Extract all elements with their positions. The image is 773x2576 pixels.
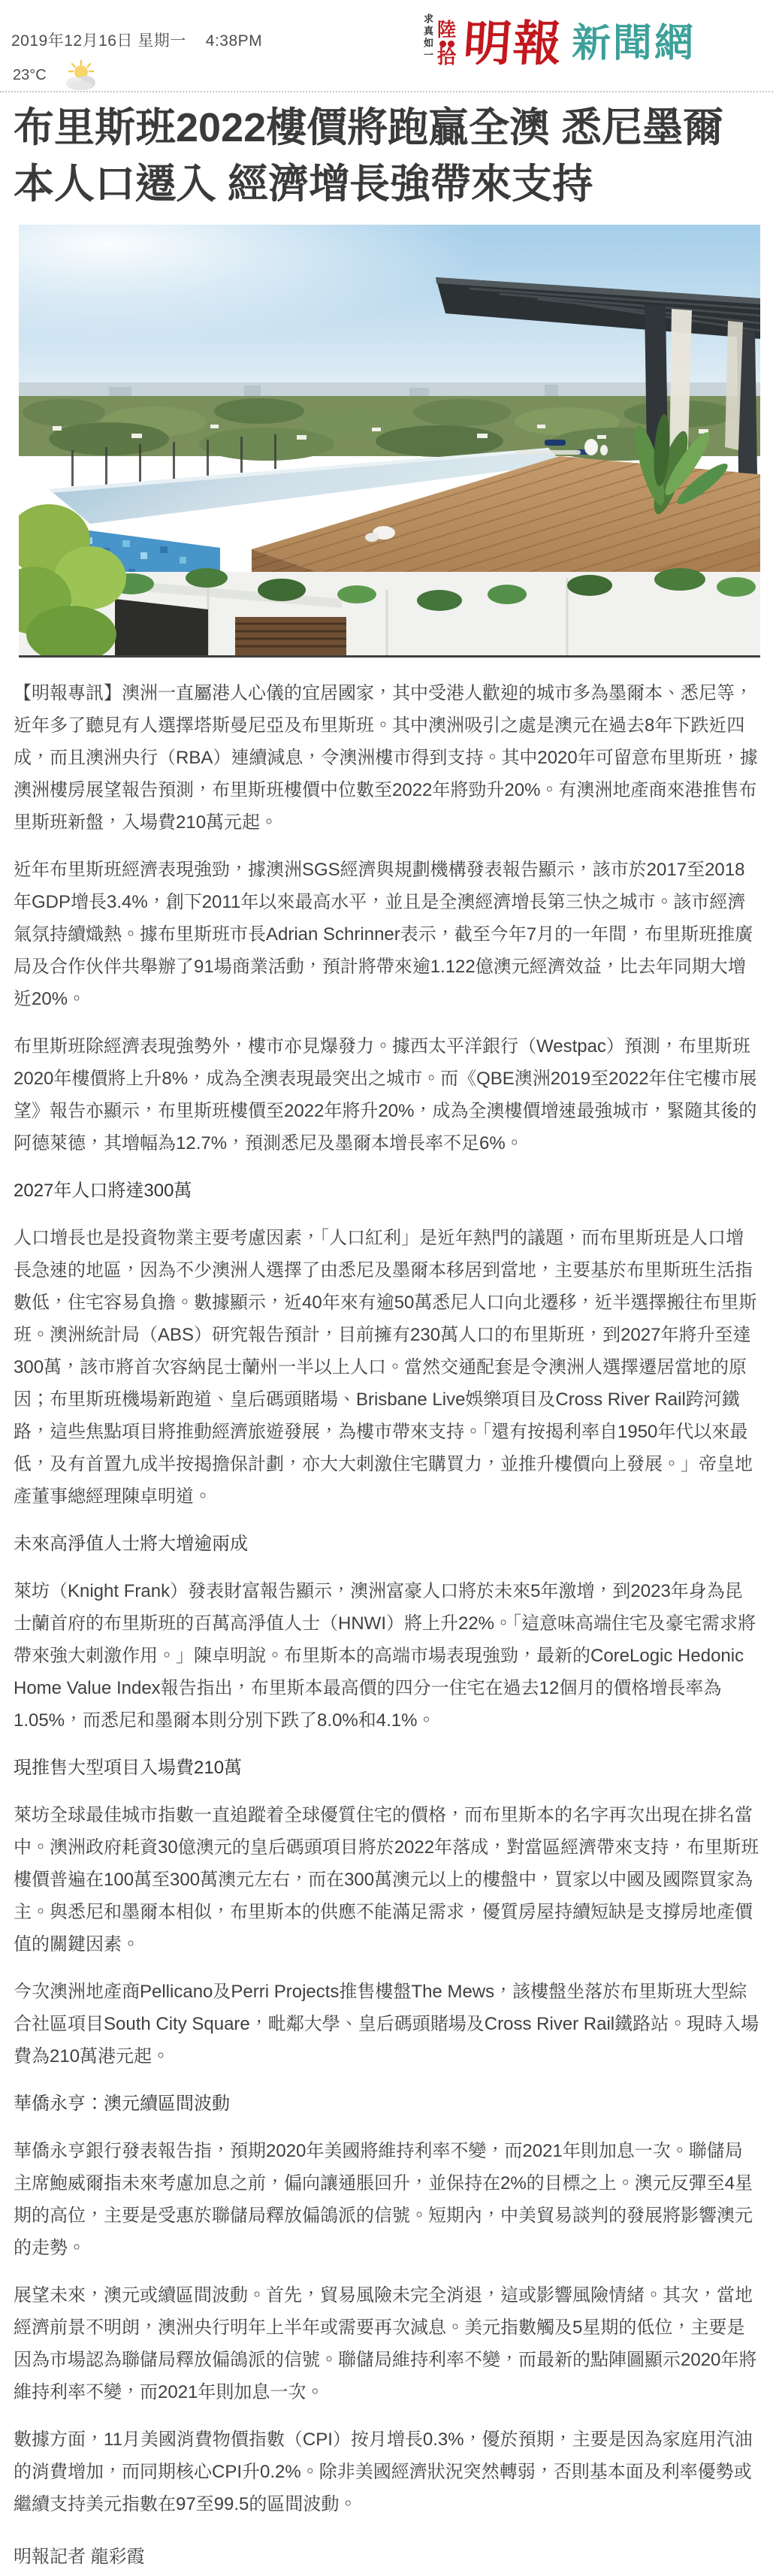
article-paragraph: 【明報專訊】澳洲一直屬港人心儀的宜居國家，其中受港人歡迎的城市多為墨爾本、悉尼等… [14, 677, 759, 839]
anniversary-char-bottom: 拾 [437, 48, 456, 67]
anniversary-60-emblem: 陸 拾 [437, 21, 456, 67]
article-body: 【明報專訊】澳洲一直屬港人心儀的宜居國家，其中受港人歡迎的城市多為墨爾本、悉尼等… [14, 677, 759, 2520]
article-paragraph: 人口增長也是投資物業主要考慮因素，「人口紅利」是近年熱門的議題，而布里斯班是人口… [14, 1222, 759, 1513]
sun-behind-cloud-icon [59, 60, 99, 90]
weather-widget: 23°C [13, 60, 99, 90]
mingpao-news-logo[interactable]: 求真如一 陸 拾 明報 新聞網 [422, 14, 696, 74]
article-paragraph: 萊坊（Knight Frank）發表財富報告顯示，澳洲富豪人口將於未來5年激增，… [14, 1575, 759, 1737]
article-paragraph: 近年布里斯班經濟表現強勁，據澳洲SGS經濟與規劃機構發表報告顯示，該市於2017… [14, 854, 759, 1015]
logo-motto-text: 求真如一 [422, 14, 433, 74]
date-time: 2019年12月16日 星期一4:38PM [11, 29, 262, 51]
hero-image [19, 225, 760, 658]
section-subhead: 未來高淨值人士將大增逾兩成 [14, 1528, 759, 1560]
article-paragraph: 今次澳洲地產商Pellicano及Perri Projects推售樓盤The M… [14, 1976, 759, 2073]
section-subhead: 現推售大型項目入場費210萬 [14, 1752, 759, 1784]
article-paragraph: 展望未來，澳元或續區間波動。首先，貿易風險未完全消退，這或影響風險情緒。其次，當… [14, 2279, 759, 2408]
site-header: 2019年12月16日 星期一4:38PM 23°C 求真如一 陸 [0, 0, 773, 92]
brand-mingpao-text: 明報 [462, 20, 564, 68]
article-title: 布里斯班2022樓價將跑贏全澳 悉尼墨爾本人口遷入 經濟增長強帶來支持 [14, 100, 759, 213]
section-subhead: 華僑永亨：澳元續區間波動 [14, 2088, 759, 2120]
section-subhead: 2027年人口將達300萬 [14, 1175, 759, 1207]
article-paragraph: 華僑永亨銀行發表報告指，預期2020年美國將維持利率不變，而2021年則加息一次… [14, 2135, 759, 2264]
article-paragraph: 布里斯班除經濟表現強勢外，樓市亦見爆發力。據西太平洋銀行（Westpac）預測，… [14, 1030, 759, 1160]
time-text: 4:38PM [206, 32, 262, 50]
article-paragraph: 萊坊全球最佳城市指數一直追蹤着全球優質住宅的價格，而布里斯本的名字再次出現在排名… [14, 1799, 759, 1961]
news-article: 布里斯班2022樓價將跑贏全澳 悉尼墨爾本人口遷入 經濟增長強帶來支持 [0, 100, 773, 2576]
temperature-label: 23°C [13, 67, 47, 84]
article-paragraph: 數據方面，11月美國消費物價指數（CPI）按月增長0.3%，優於預期，主要是因為… [14, 2423, 759, 2520]
date-text: 2019年12月16日 星期一 [11, 32, 186, 50]
brand-newssite-text: 新聞網 [572, 24, 696, 63]
article-byline: 明報記者 龍彩霞 [14, 2541, 759, 2573]
anniversary-char-top: 陸 [437, 21, 456, 40]
